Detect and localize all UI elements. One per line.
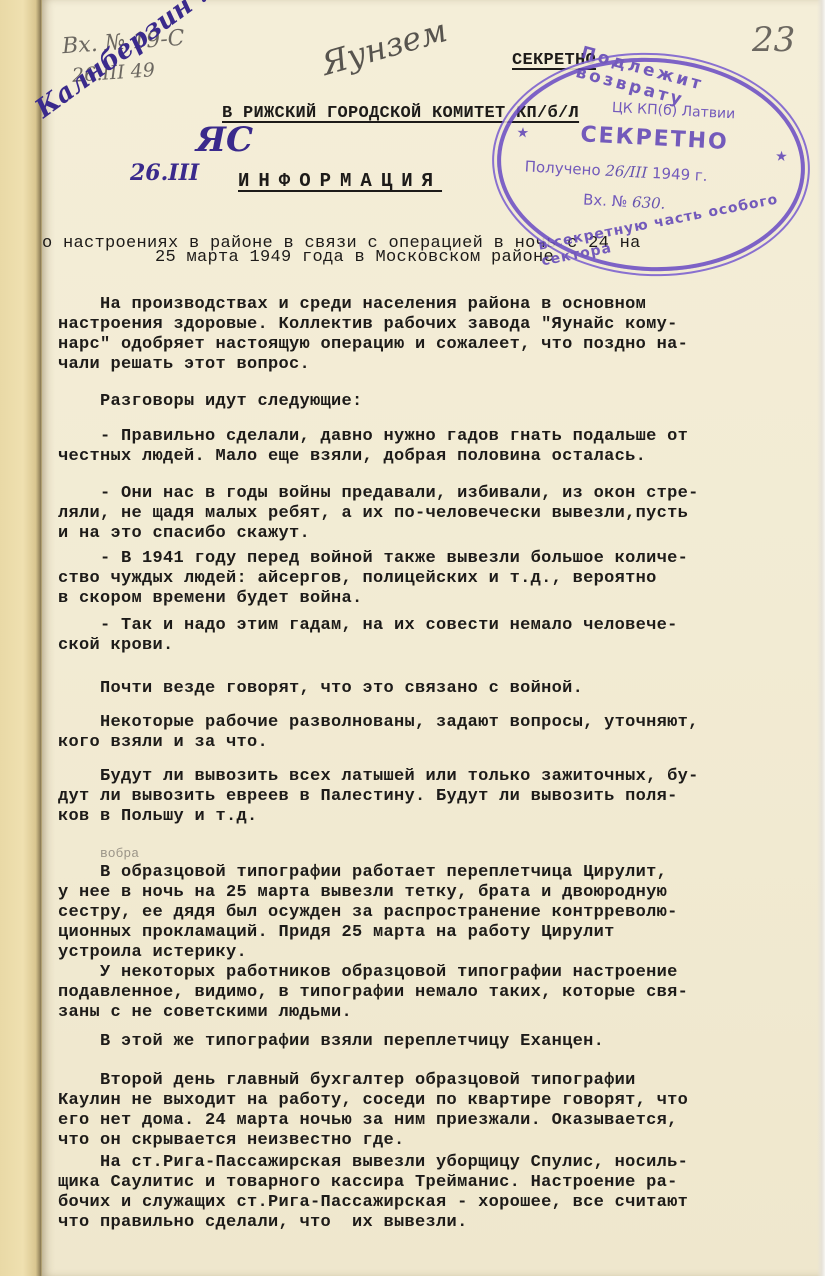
body-line: - В 1941 году перед войной также вывезли… <box>58 548 688 569</box>
handwritten-date: 26.III <box>130 160 199 186</box>
star-icon: ★ <box>775 148 788 165</box>
stamp-secret: СЕКРЕТНО <box>580 122 730 155</box>
subtitle-line-2: 25 марта 1949 года в Московском районе <box>155 247 554 268</box>
binding-strip <box>0 0 42 1276</box>
body-line: В этой же типографии взяли переплетчицу … <box>58 1031 604 1052</box>
received-label: Получено <box>524 157 601 179</box>
star-icon: ★ <box>516 125 529 142</box>
stamp-incoming-line: Вх. № 630. <box>583 191 666 213</box>
received-year: 1949 <box>652 164 691 184</box>
body-line: ляли, не щадя малых ребят, а их по-челов… <box>58 503 688 524</box>
body-line: настроения здоровые. Коллектив рабочих з… <box>58 314 678 335</box>
stamp-received-line: Получено 26/III 1949 г. <box>524 157 708 185</box>
body-line: Некоторые рабочие разволнованы, задают в… <box>58 712 699 733</box>
body-line: ской крови. <box>58 635 174 656</box>
body-line: ков в Польшу и т.д. <box>58 806 258 827</box>
body-line: На производствах и среди населения район… <box>58 294 646 315</box>
body-line: Второй день главный бухгалтер образцовой… <box>58 1070 636 1091</box>
body-line: у нее в ночь на 25 марта вывезли тетку, … <box>58 882 667 903</box>
body-line: подавленное, видимо, в типографии немало… <box>58 982 688 1003</box>
body-line: честных людей. Мало еще взяли, добрая по… <box>58 446 646 467</box>
body-line: В образцовой типографии работает перепле… <box>58 862 667 883</box>
body-line: что он скрывается неизвестно где. <box>58 1130 405 1151</box>
body-line: - Они нас в годы войны предавали, избива… <box>58 483 699 504</box>
body-line: дут ли вывозить евреев в Палестину. Буду… <box>58 786 678 807</box>
body-line: нарс" одобряет настоящую операцию и сожа… <box>58 334 688 355</box>
body-line: Будут ли вывозить всех латышей или тольк… <box>58 766 699 787</box>
document-title: ИНФОРМАЦИЯ <box>238 171 442 192</box>
body-line: ство чуждых людей: айсергов, полицейских… <box>58 568 657 589</box>
body-line: устроила истерику. <box>58 942 247 963</box>
body-line: Каулин не выходит на работу, соседи по к… <box>58 1090 688 1111</box>
page-number: 23 <box>752 20 795 60</box>
body-line: ционных прокламаций. Придя 25 марта на р… <box>58 922 615 943</box>
body-line: сестру, ее дядя был осужден за распростр… <box>58 902 678 923</box>
incoming-label: Вх. № <box>583 191 628 211</box>
received-date: 26/III <box>605 162 648 182</box>
body-line: его нет дома. 24 марта ночью за ним прие… <box>58 1110 678 1131</box>
body-line: - Правильно сделали, давно нужно гадов г… <box>58 426 688 447</box>
body-line: кого взяли и за что. <box>58 732 268 753</box>
body-line: что правильно сделали, что их вывезли. <box>58 1212 468 1233</box>
body-line: Почти везде говорят, что это связано с в… <box>58 678 583 699</box>
body-line: - Так и надо этим гадам, на их совести н… <box>58 615 678 636</box>
body-line: в скором времени будет война. <box>58 588 363 609</box>
offset-text: вобра <box>100 846 139 861</box>
body-line: бочих и служащих ст.Рига-Пассажирская - … <box>58 1192 688 1213</box>
year-suffix: г. <box>694 166 708 185</box>
body-line: У некоторых работников образцовой типогр… <box>58 962 678 983</box>
handwritten-initials: ЯС <box>196 120 253 160</box>
page-edge <box>817 0 825 1276</box>
incoming-number: 630. <box>632 193 666 213</box>
body-line: щика Саулитис и товарного кассира Трейма… <box>58 1172 678 1193</box>
body-line: Разговоры идут следующие: <box>58 391 363 412</box>
body-line: чали решать этот вопрос. <box>58 354 310 375</box>
body-line: На ст.Рига-Пассажирская вывезли уборщицу… <box>58 1152 688 1173</box>
body-line: заны с не советскими людьми. <box>58 1002 352 1023</box>
body-line: и на это спасибо скажут. <box>58 523 310 544</box>
